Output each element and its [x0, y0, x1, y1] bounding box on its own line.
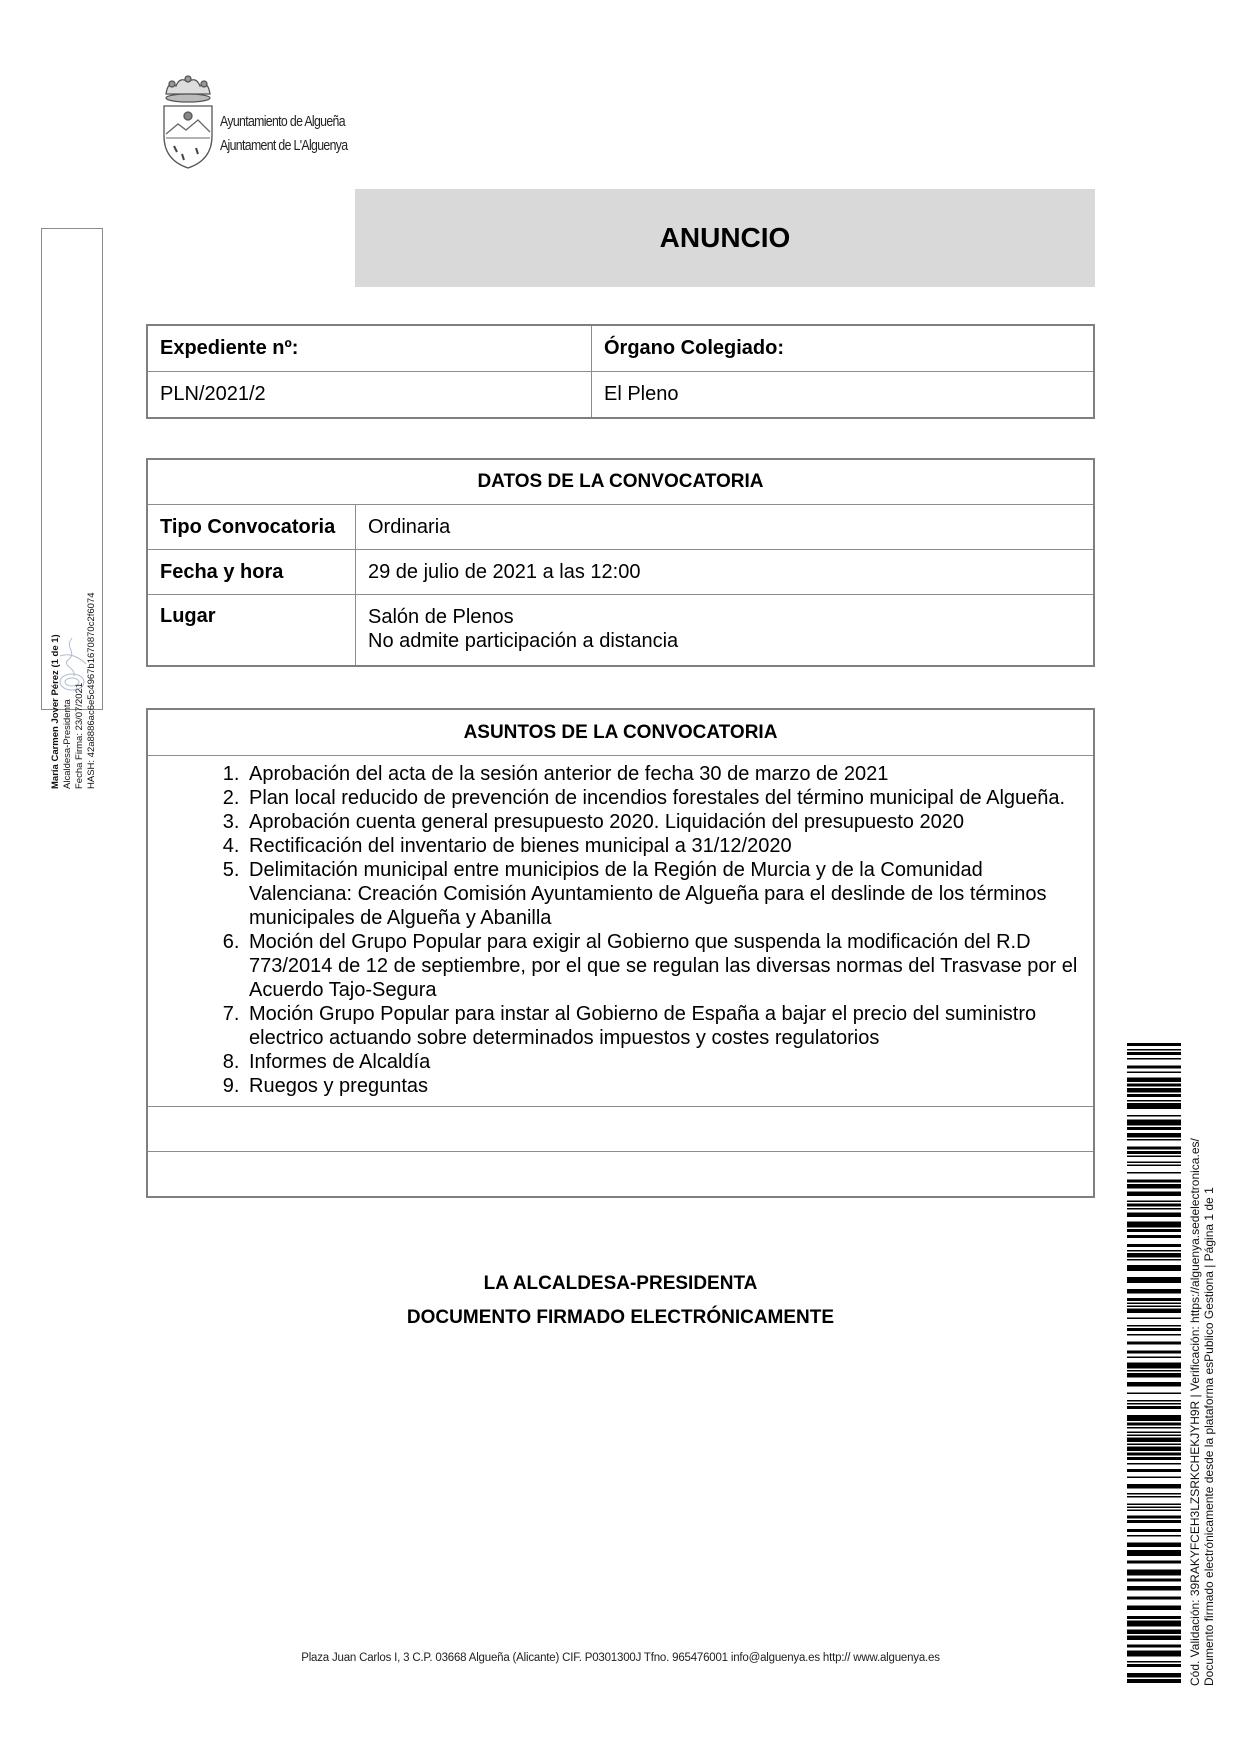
- list-item: Rectificación del inventario de bienes m…: [245, 834, 1081, 858]
- table-row: Tipo Convocatoria Ordinaria: [147, 505, 1094, 550]
- row-label: Tipo Convocatoria: [147, 505, 356, 550]
- org-name-va: Ajuntament de L'Alguenya: [220, 134, 347, 158]
- datos-convocatoria-table: DATOS DE LA CONVOCATORIA Tipo Convocator…: [146, 458, 1095, 667]
- row-value: Salón de Plenos No admite participación …: [356, 595, 1095, 667]
- handwritten-signature-seal-icon: [54, 634, 90, 694]
- verification-text: Cód. Validación: 39RAKYFCEH3LZSRKCHEKJYH…: [1188, 1138, 1216, 1686]
- municipal-coat-of-arms-icon: [158, 72, 218, 172]
- list-item: Aprobación del acta de la sesión anterio…: [245, 762, 1081, 786]
- table-row: Lugar Salón de Plenos No admite particip…: [147, 595, 1094, 667]
- row-value: Ordinaria: [356, 505, 1095, 550]
- list-item: Plan local reducido de prevención de inc…: [245, 786, 1081, 810]
- signature-stamp: María Carmen Jover Pérez (1 de 1) Alcald…: [41, 228, 103, 710]
- asuntos-list-cell: Aprobación del acta de la sesión anterio…: [147, 756, 1094, 1107]
- asuntos-list: Aprobación del acta de la sesión anterio…: [160, 762, 1081, 1098]
- list-item: Delimitación municipal entre municipios …: [245, 858, 1081, 930]
- asuntos-heading: ASUNTOS DE LA CONVOCATORIA: [147, 709, 1094, 756]
- title-banner: ANUNCIO: [355, 189, 1095, 287]
- list-item: Aprobación cuenta general presupuesto 20…: [245, 810, 1081, 834]
- empty-row: [147, 1107, 1094, 1152]
- row-label: Fecha y hora: [147, 550, 356, 595]
- list-item: Informes de Alcaldía: [245, 1050, 1081, 1074]
- asuntos-table: ASUNTOS DE LA CONVOCATORIA Aprobación de…: [146, 708, 1095, 1198]
- signer-title: LA ALCALDESA-PRESIDENTA: [146, 1273, 1095, 1295]
- list-item: Ruegos y preguntas: [245, 1074, 1081, 1098]
- lugar-note: No admite participación a distancia: [368, 629, 1081, 653]
- list-item: Moción del Grupo Popular para exigir al …: [245, 930, 1081, 1002]
- footer-address: Plaza Juan Carlos I, 3 C.P. 03668 Algueñ…: [146, 1652, 1095, 1664]
- electronic-signature-note: DOCUMENTO FIRMADO ELECTRÓNICAMENTE: [146, 1307, 1095, 1329]
- list-item: Moción Grupo Popular para instar al Gobi…: [245, 1002, 1081, 1050]
- page-title: ANUNCIO: [660, 222, 791, 254]
- empty-row: [147, 1152, 1094, 1198]
- org-name-es: Ayuntamiento de Algueña: [220, 110, 347, 134]
- organo-label: Órgano Colegiado:: [592, 325, 1095, 372]
- table-row: Fecha y hora 29 de julio de 2021 a las 1…: [147, 550, 1094, 595]
- platform-note: Documento firmado electrónicamente desde…: [1202, 1138, 1216, 1686]
- organo-value: El Pleno: [592, 372, 1095, 419]
- datos-heading: DATOS DE LA CONVOCATORIA: [147, 459, 1094, 505]
- row-label: Lugar: [147, 595, 356, 667]
- row-value: 29 de julio de 2021 a las 12:00: [356, 550, 1095, 595]
- lugar-value: Salón de Plenos: [368, 605, 1081, 629]
- validation-code: Cód. Validación: 39RAKYFCEH3LZSRKCHEKJYH…: [1188, 1138, 1202, 1686]
- barcode-icon: [1127, 1043, 1181, 1683]
- municipal-logo: Ayuntamiento de Algueña Ajuntament de L'…: [158, 72, 348, 172]
- expediente-table: Expediente nº: Órgano Colegiado: PLN/202…: [146, 324, 1095, 419]
- expediente-value: PLN/2021/2: [147, 372, 592, 419]
- expediente-label: Expediente nº:: [147, 325, 592, 372]
